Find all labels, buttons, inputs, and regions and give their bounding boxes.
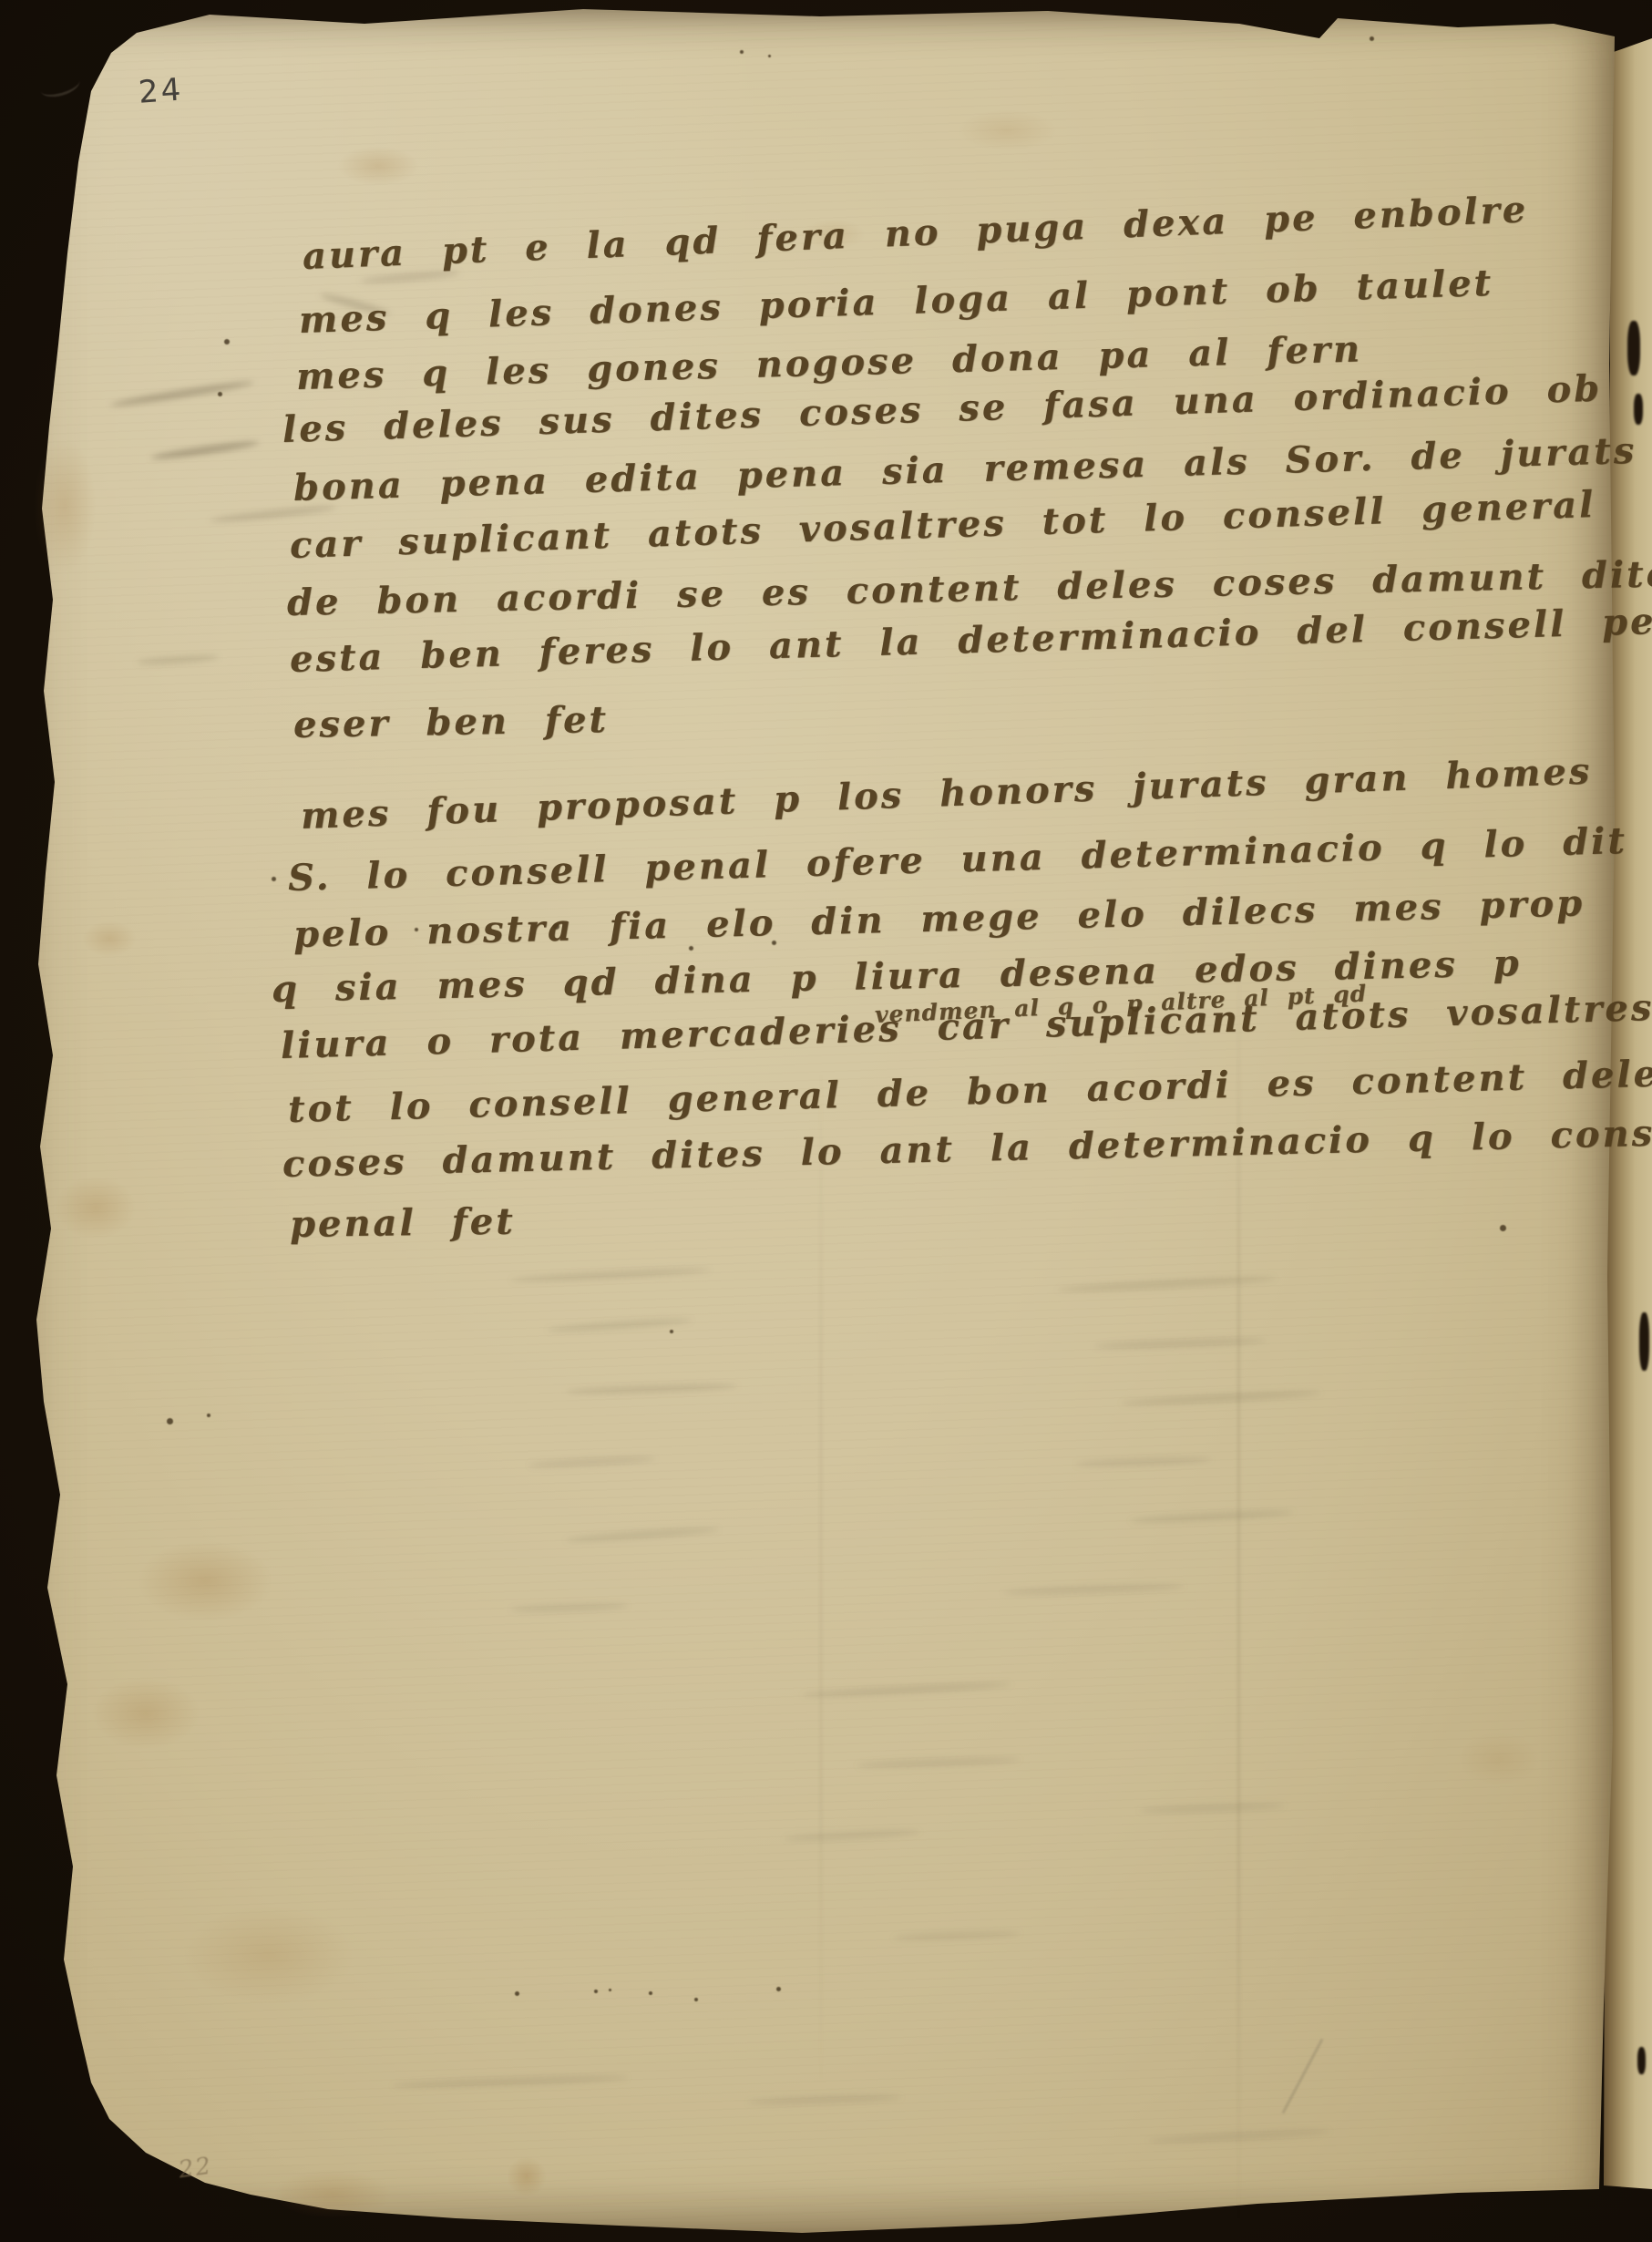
manuscript-scan: 24 22 aura pt e la qd fera no puga dexa … xyxy=(0,0,1652,2242)
manuscript-line: penal fet xyxy=(290,1200,516,1246)
folio-mark: 22 xyxy=(177,2153,214,2185)
manuscript-line: eser ben fet xyxy=(293,698,610,746)
page-number: 24 xyxy=(138,71,185,110)
pencil-squiggle xyxy=(38,71,82,100)
